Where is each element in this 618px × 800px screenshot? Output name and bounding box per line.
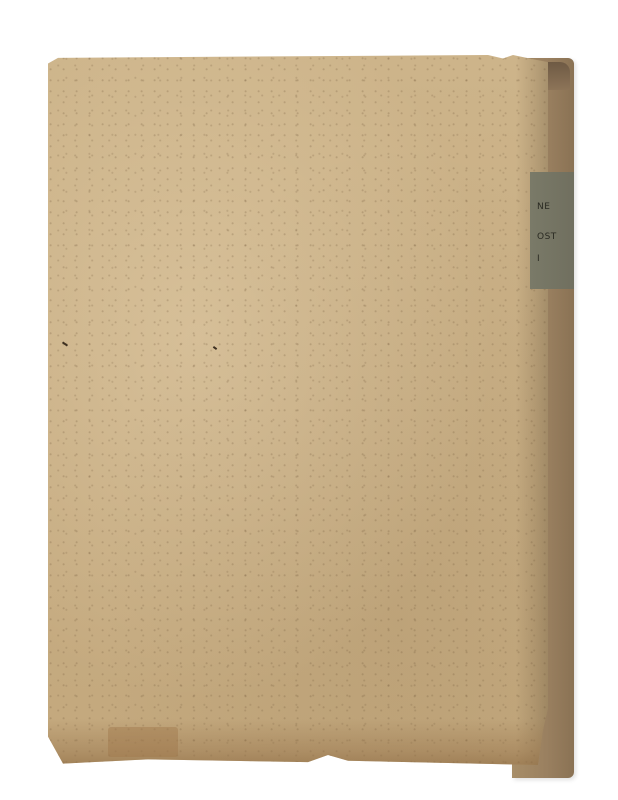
spine-fold-shadow [516,55,548,765]
spine-label-line: OST [537,232,557,242]
tear-patch [108,727,178,757]
spine-label: NE OST I [530,172,574,289]
spine-label-line: NE [537,202,550,212]
book-photo: NE OST I [0,0,618,800]
paper-fiber-texture [48,55,548,765]
dust-jacket-cover [48,55,548,765]
spine-label-line: I [537,254,540,264]
